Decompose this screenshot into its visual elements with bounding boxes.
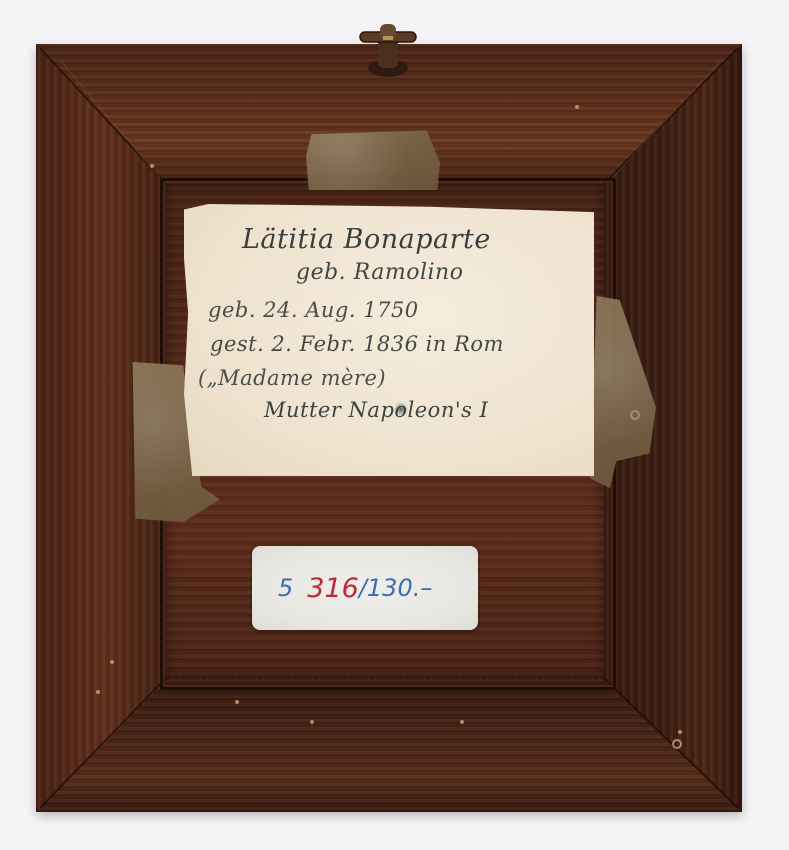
wood-speck — [678, 730, 682, 734]
label-birth-date: geb. 24. Aug. 1750 — [208, 298, 419, 322]
tape-strip-top — [306, 128, 440, 190]
inventory-sticker: 5 316 /130.– — [252, 546, 478, 630]
label-death-date: gest. 2. Febr. 1836 in Rom — [210, 332, 504, 356]
wood-speck — [96, 690, 100, 694]
label-nickname: („Madame mère) — [198, 366, 386, 390]
sticker-price: /130.– — [359, 574, 433, 602]
wood-speck — [460, 720, 464, 724]
label-relation: Mutter Napoleon's I — [264, 398, 488, 422]
sticker-prefix: 5 — [278, 574, 293, 602]
wood-speck — [150, 164, 154, 168]
hanging-hook-icon — [350, 18, 430, 80]
ink-blot — [394, 402, 408, 416]
wood-speck — [310, 720, 314, 724]
wood-speck — [575, 105, 579, 109]
handwritten-label: Lätitia Bonaparte geb. Ramolino geb. 24.… — [184, 204, 594, 476]
wood-speck — [235, 700, 239, 704]
wood-speck — [110, 660, 114, 664]
sticker-number: 316 — [307, 573, 359, 604]
wood-speck — [672, 739, 682, 749]
label-maiden-name: geb. Ramolino — [296, 260, 463, 285]
label-name: Lätitia Bonaparte — [242, 224, 491, 255]
wood-speck — [630, 410, 640, 420]
